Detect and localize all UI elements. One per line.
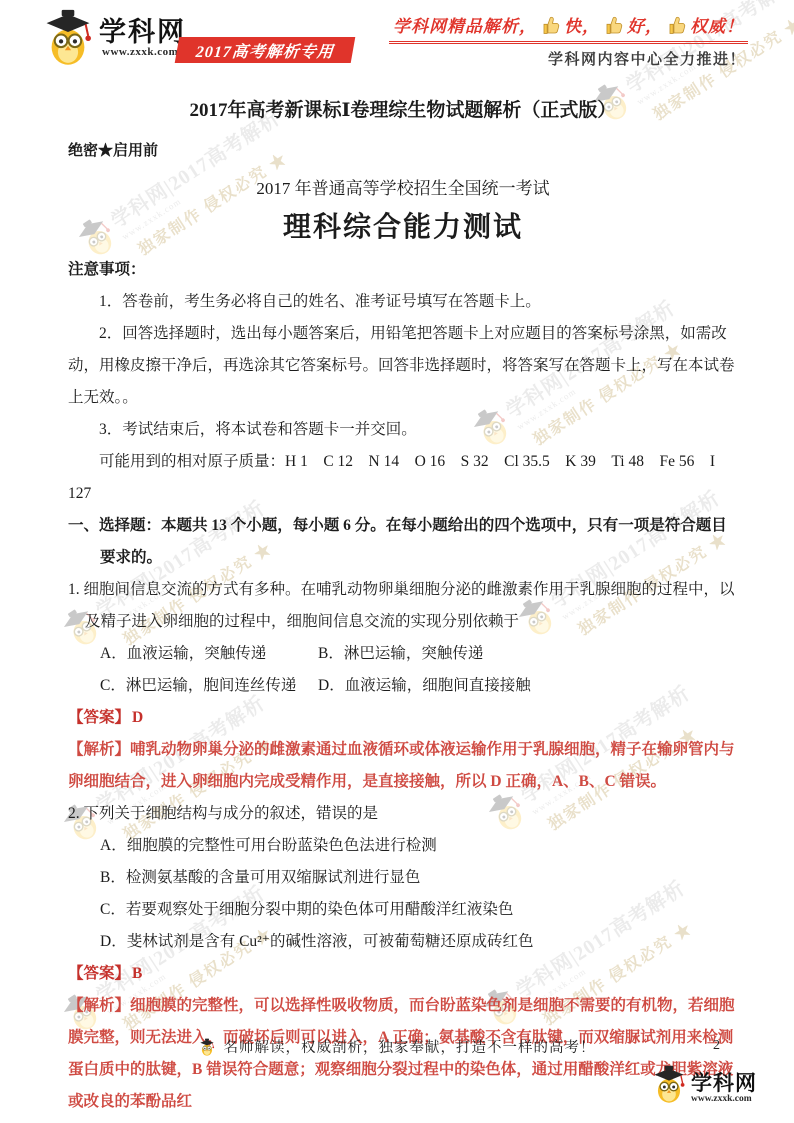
site-name: 学科网 [99, 10, 186, 49]
question-number: 1. [68, 581, 80, 598]
owl-logo-icon [652, 1064, 686, 1104]
document-content: 2017年高考新课标Ⅰ卷理综生物试题解析（正式版） 绝密★启用前 2017 年普… [68, 96, 738, 1118]
notice-item-2: 2．回答选择题时，选出每小题答案后，用铅笔把答题卡上对应题目的答案标号涂黑，如需… [68, 318, 738, 414]
analysis-label: 【解析】 [68, 997, 130, 1014]
site-name: 学科网 [691, 1072, 757, 1094]
promo-banner: 2017高考解析专用 [175, 37, 356, 63]
promo-banner-label: 2017高考解析专用 [195, 39, 335, 62]
q1-analysis: 【解析】哺乳动物卵巢分泌的雌激素通过血液循环或体液运输作用于乳腺细胞，精子在输卵… [68, 734, 738, 798]
notice-item-3: 3．考试结束后，将本试卷和答题卡一并交回。 [68, 414, 738, 446]
red-slogan: 学科网精品解析， 快， 好， 权威！ [389, 12, 748, 44]
doc-title: 2017年高考新课标Ⅰ卷理综生物试题解析（正式版） [68, 96, 738, 126]
answer-label: 【答案】 [68, 709, 130, 726]
footer-slogan: 名师解读，权威剖析，独家奉献，打造不一样的高考！ [224, 1036, 596, 1057]
page-number: 2 [713, 1038, 720, 1054]
page-footer: 名师解读，权威剖析，独家奉献，打造不一样的高考！ [0, 1036, 794, 1057]
question-2-stem: 2. 下列关于细胞结构与成分的叙述，错误的是 [68, 798, 738, 830]
page-header: 学科网 www.zxxk.com 2017高考解析专用 学科网精品解析， 快， … [0, 0, 794, 90]
option-d: D．血液运输，细胞间直接接触 [318, 677, 531, 694]
answer-value: B [130, 965, 142, 982]
slogan-item: 快， [564, 12, 600, 37]
thumb-up-icon [605, 16, 624, 35]
q1-answer-line: 【答案】D [68, 702, 738, 734]
slogan-prefix: 学科网精品解析， [393, 12, 537, 37]
slogan-item: 权威！ [690, 12, 744, 37]
subject-title: 理科综合能力测试 [68, 208, 738, 248]
owl-logo-icon [42, 8, 94, 66]
q1-option-row-ab: A．血液运输，突触传递B．淋巴运输，突触传递 [100, 638, 738, 670]
q2-option-d: D．斐林试剂是含有 Cu²⁺的碱性溶液，可被葡萄糖还原成砖红色 [100, 926, 738, 958]
option-b: B．淋巴运输，突触传递 [318, 645, 483, 662]
secrecy-label: 绝密★启用前 [68, 140, 738, 162]
slogan-sub: 学科网内容中心全力推进！ [548, 48, 746, 69]
question-1-stem: 1. 细胞间信息交流的方式有多种。在哺乳动物卵巢细胞分泌的雌激素作用于乳腺细胞的… [68, 574, 738, 638]
option-c: C．淋巴运输，胞间连丝传递 [100, 670, 318, 702]
analysis-label: 【解析】 [68, 741, 130, 758]
owl-mini-icon [199, 1038, 215, 1056]
atomic-mass-line: 可能用到的相对原子质量：H 1 C 12 N 14 O 16 S 32 Cl 3… [68, 446, 738, 510]
site-url: www.zxxk.com [691, 1094, 757, 1104]
exam-name: 2017 年普通高等学校招生全国统一考试 [68, 176, 738, 202]
q2-option-a: A．细胞膜的完整性可用台盼蓝染色色法进行检测 [100, 830, 738, 862]
notice-heading: 注意事项： [68, 254, 738, 286]
footer-logo: 学科网 www.zxxk.com [652, 1064, 757, 1104]
q2-option-c: C．若要观察处于细胞分裂中期的染色体可用醋酸洋红液染色 [100, 894, 738, 926]
thumb-up-icon [542, 16, 561, 35]
question-number: 2. [68, 805, 80, 822]
thumb-up-icon [668, 16, 687, 35]
q2-option-b: B．检测氨基酸的含量可用双缩脲试剂进行显色 [100, 862, 738, 894]
answer-value: D [130, 709, 143, 726]
notice-item-1: 1．答卷前，考生务必将自己的姓名、准考证号填写在答题卡上。 [68, 286, 738, 318]
q2-answer-line: 【答案】B [68, 958, 738, 990]
section-heading: 一、选择题：本题共 13 个小题，每小题 6 分。在每小题给出的四个选项中，只有… [68, 510, 738, 574]
exam-document-page: 学科网|2017高考解析 www.zxxk.com 独家制作 侵权必究 ★ 学科… [0, 0, 794, 1123]
option-a: A．血液运输，突触传递 [100, 638, 318, 670]
q1-option-row-cd: C．淋巴运输，胞间连丝传递D．血液运输，细胞间直接接触 [100, 670, 738, 702]
answer-label: 【答案】 [68, 965, 130, 982]
slogan-item: 好， [627, 12, 663, 37]
site-url: www.zxxk.com [102, 46, 178, 58]
